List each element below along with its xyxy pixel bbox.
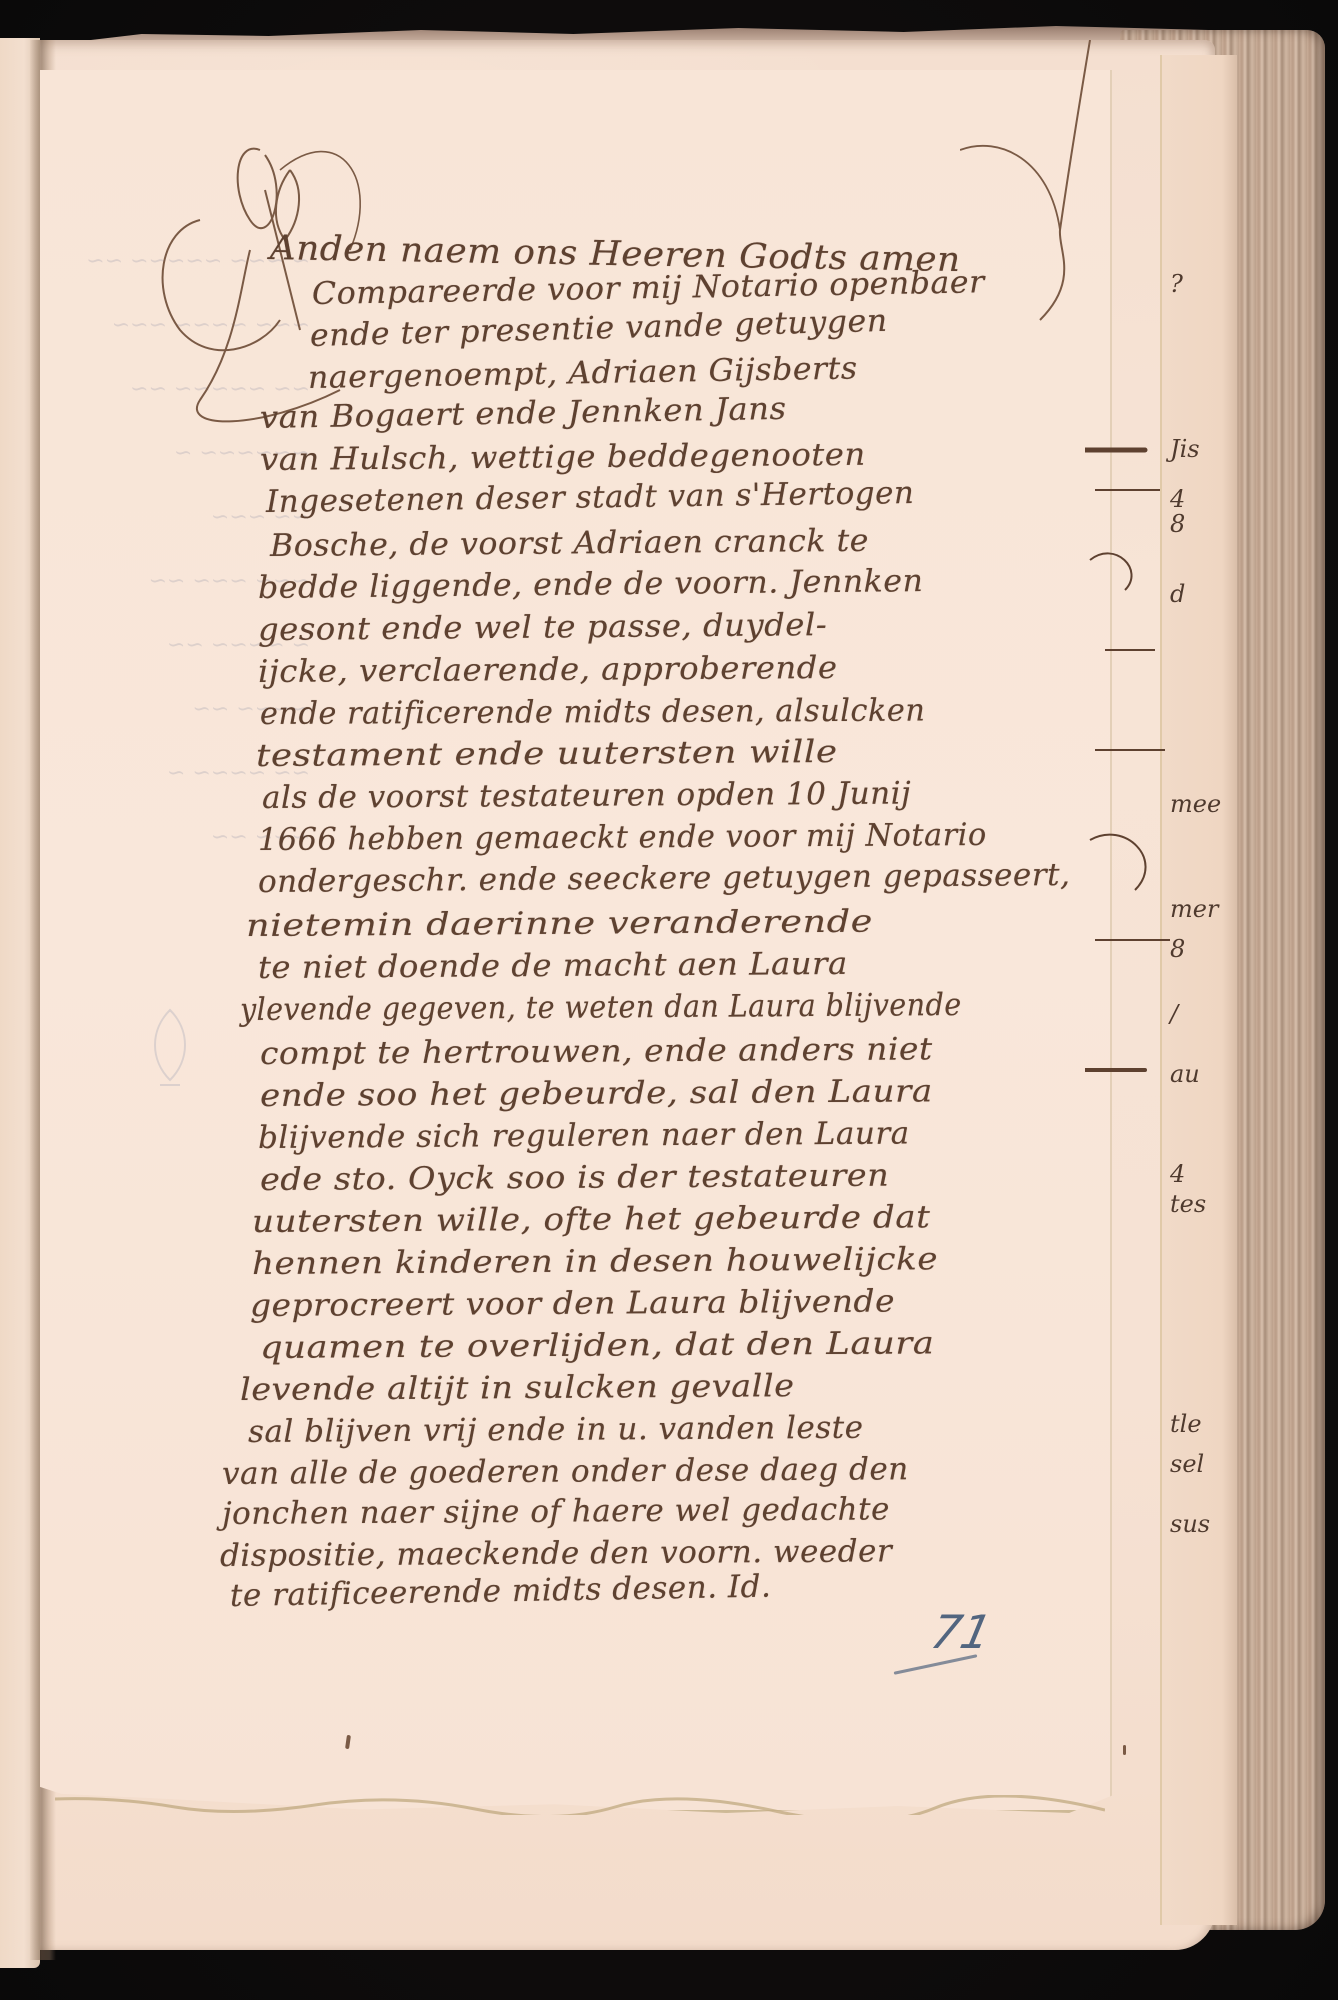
margin-note: d (1170, 580, 1185, 608)
manuscript-line: sal blijven vrij ende in u. vanden leste (248, 1410, 864, 1450)
manuscript-line: ede sto. Oyck soo is der testateuren (260, 1158, 890, 1198)
manuscript-line: testament ende uutersten wille (256, 734, 838, 774)
margin-note: ? (1170, 270, 1183, 298)
margin-note: 8 (1170, 935, 1185, 963)
margin-note: 8 (1170, 510, 1185, 538)
manuscript-line: compt te hertrouwen, ende anders niet (260, 1031, 933, 1072)
manuscript-line: als de voorst testateuren opden 10 Junij (262, 775, 911, 816)
margin-note: mee (1170, 790, 1221, 818)
manuscript-line: van alle de goederen onder dese daeg den (222, 1451, 909, 1492)
manuscript-line: nietemin daerinne veranderende (246, 904, 873, 944)
manuscript-line: te niet doende de macht aen Laura (258, 946, 848, 986)
margin-note: au (1170, 1060, 1200, 1088)
manuscript-line: ijcke, verclaerende, approberende (258, 650, 838, 690)
folio-number: 71 (926, 1605, 996, 1659)
manuscript-line: uutersten wille, ofte het gebeurde dat (252, 1199, 931, 1240)
margin-note: 4 (1170, 1160, 1185, 1188)
manuscript-line: quamen te overlijden, dat den Laura (260, 1325, 935, 1366)
manuscript-line: bedde liggende, ende de voorn. Jennken (258, 563, 924, 606)
manuscript-line: levende altijt in sulcken gevalle (240, 1368, 795, 1408)
manuscript-line: hennen kinderen in desen houwelijcke (252, 1241, 938, 1282)
margin-note: tes (1170, 1190, 1206, 1218)
manuscript-line: geprocreert voor den Laura blijvende (250, 1283, 895, 1324)
manuscript-line: 1666 hebben gemaeckt ende voor mij Notar… (258, 817, 987, 858)
manuscript-line: gesont ende wel te passe, duydel- (258, 607, 827, 648)
margin-note: sus (1170, 1510, 1210, 1538)
manuscript-line: van Hulsch, wettige beddegenooten (260, 437, 866, 478)
margin-note: sel (1170, 1450, 1204, 1478)
manuscript-line: ylevende gegeven, te weten dan Laura bli… (240, 987, 962, 1028)
margin-note: / (1170, 1000, 1178, 1028)
margin-note: Jis (1170, 435, 1200, 463)
manuscript-line: dispositie, maeckende den voorn. weeder (220, 1533, 892, 1574)
water-stain-edge (55, 1795, 1105, 1815)
ink-speck (1123, 1745, 1126, 1755)
faint-sketch-mark (140, 1000, 200, 1100)
margin-note: tle (1170, 1410, 1202, 1438)
manuscript-line: ende ratificerende midts desen, alsulcke… (260, 693, 926, 732)
margin-note: 4 (1170, 485, 1185, 513)
manuscript-line: Bosche, de voorst Adriaen cranck te (270, 523, 869, 564)
manuscript-line: ondergeschr. ende seeckere getuygen gepa… (258, 857, 1071, 900)
manuscript-line: jonchen naer sijne of haere wel gedachte (222, 1491, 890, 1532)
manuscript-line: ende soo het gebeurde, sal den Laura (260, 1073, 933, 1114)
manuscript-line: blijvende sich reguleren naer den Laura (258, 1115, 910, 1156)
margin-note: mer (1170, 895, 1218, 923)
